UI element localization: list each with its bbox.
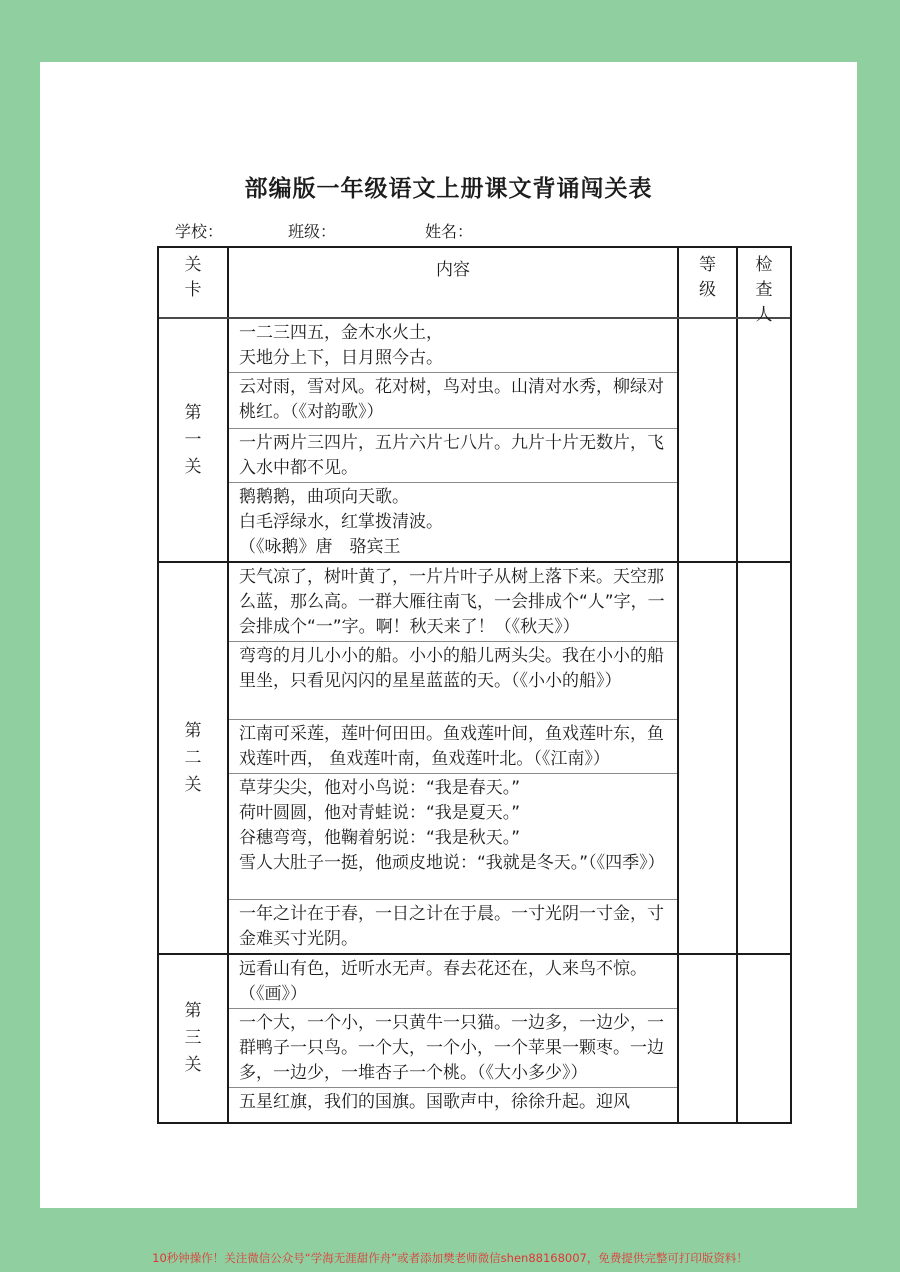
name-field-label: 姓名：	[425, 219, 473, 242]
checker-blank-cell	[738, 955, 790, 1122]
content-cell: 鹅鹅鹅，曲项向天歌。 白毛浮绿水，红掌拨清波。 （《咏鹅》唐 骆宾王	[229, 483, 677, 561]
content-cell: 一年之计在于春，一日之计在于晨。一寸光阴一寸金，寸金难买寸光阴。	[229, 900, 677, 953]
content-cell: 一片两片三四片，五片六片七八片。九片十片无数片，飞入水中都不见。	[229, 429, 677, 483]
content-column: 远看山有色，近听水无声。春去花还在，人来鸟不惊。（《画》） 一个大，一个小，一只…	[229, 955, 679, 1122]
content-cell: 江南可采莲，莲叶何田田。鱼戏莲叶间，鱼戏莲叶东，鱼戏莲叶西， 鱼戏莲叶南，鱼戏莲…	[229, 720, 677, 774]
section-level-1: 第一关 一二三四五，金木水火土， 天地分上下，日月照今古。 云对雨，雪对风。花对…	[159, 319, 790, 561]
checker-blank-cell	[738, 319, 790, 561]
student-info-line: 学校： 班级： 姓名：	[40, 219, 857, 243]
header-content-label: 内容	[229, 255, 677, 280]
grade-blank-cell	[679, 955, 738, 1122]
level-label: 第一关	[182, 400, 203, 481]
content-cell: 弯弯的月儿小小的船。小小的船儿两头尖。我在小小的船里坐，只看见闪闪的星星蓝蓝的天…	[229, 642, 677, 720]
worksheet-page: 部编版一年级语文上册课文背诵闯关表 学校： 班级： 姓名： 关卡 内容 等级 检…	[40, 62, 857, 1208]
section-level-2: 第二关 天气凉了，树叶黄了，一片片叶子从树上落下来。天空那么蓝，那么高。一群大雁…	[159, 561, 790, 953]
header-checker-label: 检查人	[753, 253, 774, 328]
header-level-label: 关卡	[182, 253, 203, 303]
level-label-cell: 第一关	[159, 319, 229, 561]
footer-promo-text: 10秒钟操作！关注微信公众号“学海无涯甜作舟”或者添加樊老师微信shen8816…	[0, 1250, 900, 1266]
grade-blank-cell	[679, 319, 738, 561]
content-column: 一二三四五，金木水火土， 天地分上下，日月照今古。 云对雨，雪对风。花对树，鸟对…	[229, 319, 679, 561]
content-cell: 远看山有色，近听水无声。春去花还在，人来鸟不惊。（《画》）	[229, 955, 677, 1009]
content-column: 天气凉了，树叶黄了，一片片叶子从树上落下来。天空那么蓝，那么高。一群大雁往南飞，…	[229, 563, 679, 953]
page-title: 部编版一年级语文上册课文背诵闯关表	[40, 170, 857, 203]
content-cell: 一二三四五，金木水火土， 天地分上下，日月照今古。	[229, 319, 677, 373]
level-label: 第二关	[182, 718, 203, 799]
class-field-label: 班级：	[288, 219, 336, 242]
content-cell: 草芽尖尖，他对小鸟说：“我是春天。” 荷叶圆圆，他对青蛙说：“我是夏天。” 谷穗…	[229, 774, 677, 900]
level-label-cell: 第二关	[159, 563, 229, 953]
grade-blank-cell	[679, 563, 738, 953]
checker-blank-cell	[738, 563, 790, 953]
header-grade-label: 等级	[697, 253, 718, 303]
content-cell: 云对雨，雪对风。花对树，鸟对虫。山清对水秀，柳绿对桃红。（《对韵歌》）	[229, 373, 677, 429]
header-level-cell: 关卡	[159, 248, 229, 317]
table-header-row: 关卡 内容 等级 检查人	[159, 248, 790, 319]
header-grade-cell: 等级	[679, 248, 738, 317]
section-level-3: 第三关 远看山有色，近听水无声。春去花还在，人来鸟不惊。（《画》） 一个大，一个…	[159, 953, 790, 1122]
content-cell: 五星红旗，我们的国旗。国歌声中，徐徐升起。迎风	[229, 1088, 677, 1122]
header-checker-cell: 检查人	[738, 248, 790, 317]
content-cell: 天气凉了，树叶黄了，一片片叶子从树上落下来。天空那么蓝，那么高。一群大雁往南飞，…	[229, 563, 677, 642]
content-cell: 一个大，一个小，一只黄牛一只猫。一边多，一边少，一群鸭子一只鸟。一个大，一个小，…	[229, 1009, 677, 1088]
header-content-cell: 内容	[229, 248, 679, 317]
school-field-label: 学校：	[175, 219, 223, 242]
level-label: 第三关	[182, 998, 203, 1079]
recitation-table: 关卡 内容 等级 检查人 第一关 一二三四五，金木水火土， 天地分上下，日月照今…	[157, 246, 792, 1124]
level-label-cell: 第三关	[159, 955, 229, 1122]
